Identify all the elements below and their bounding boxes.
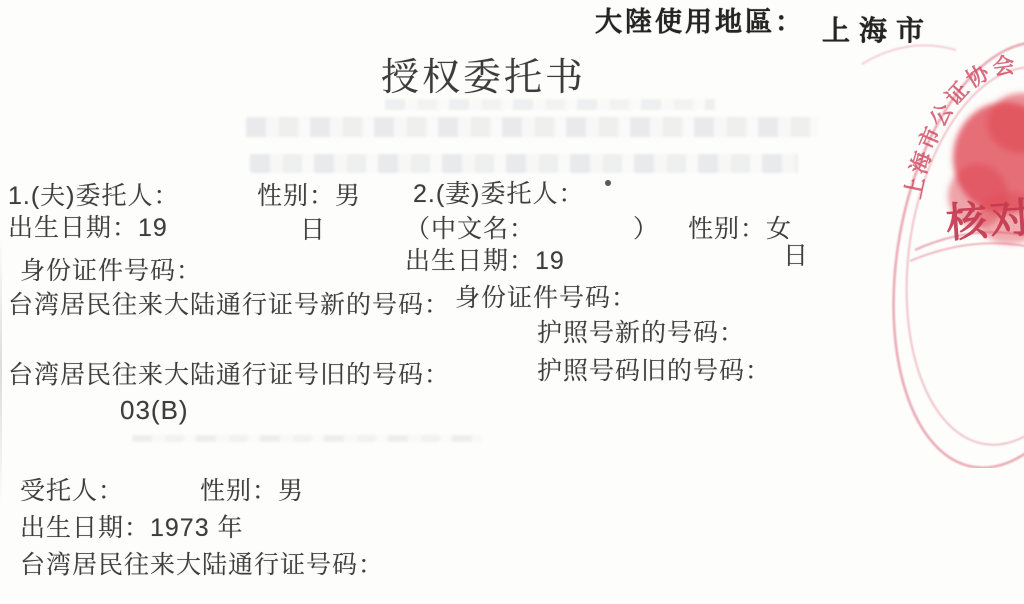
bleed-through-text: [250, 154, 798, 173]
scan-speck: [605, 180, 611, 186]
principal1-permit-new-label: 台湾居民往来大陆通行证号新的号码：: [8, 292, 450, 320]
principal1-birth-label: 出生日期：19: [8, 215, 168, 243]
principal2-gender: 性别：女: [688, 216, 792, 244]
bleed-through-text: [246, 117, 818, 137]
trustee-gender: 性别：男: [200, 478, 304, 506]
principal2-id-label: 身份证件号码：: [455, 285, 637, 313]
principal1-permit-old-value: 03(B): [120, 396, 189, 425]
principal2-birth-suffix: 日: [783, 243, 809, 271]
seal-check-text: 核对: [945, 194, 1024, 246]
notary-seal-stamp: 上海市公证协会 核对: [860, 28, 1024, 468]
trustee-permit-label: 台湾居民往来大陆通行证号码：: [20, 552, 384, 580]
scanned-authorization-document: 大陸使用地區： 上海市 授权委托书 1.(夫)委托人： 性别：男 出生日期：19…: [0, 0, 1024, 604]
principal1-id-label: 身份证件号码：: [20, 258, 202, 286]
mainland-use-region-label: 大陸使用地區：: [595, 8, 805, 38]
document-title: 授权委托书: [381, 58, 586, 100]
principal1-gender: 性别：男: [257, 183, 361, 211]
principal2-chinese-name-close: ）: [633, 216, 659, 244]
bleed-through-text: [132, 435, 482, 442]
seal-faint-arc: [862, 45, 956, 64]
trustee-heading: 受托人：: [20, 478, 124, 506]
principal2-birth-label: 出生日期：19: [405, 248, 565, 276]
scan-edge-artifact: [0, 235, 2, 505]
principal1-permit-old-label: 台湾居民往来大陆通行证号旧的号码：: [8, 362, 450, 390]
principal2-passport-new-label: 护照号新的号码：: [537, 320, 745, 348]
principal2-passport-old-label: 护照号码旧的号码：: [537, 358, 771, 386]
principal2-chinese-name-label: （中文名：: [405, 216, 535, 244]
bleed-through-text: [385, 99, 715, 110]
principal2-heading: 2.(妻)委托人：: [413, 181, 585, 209]
principal1-heading: 1.(夫)委托人：: [8, 183, 180, 211]
trustee-birth-label: 出生日期：1973 年: [20, 515, 244, 543]
principal1-birth-suffix: 日: [300, 217, 326, 245]
